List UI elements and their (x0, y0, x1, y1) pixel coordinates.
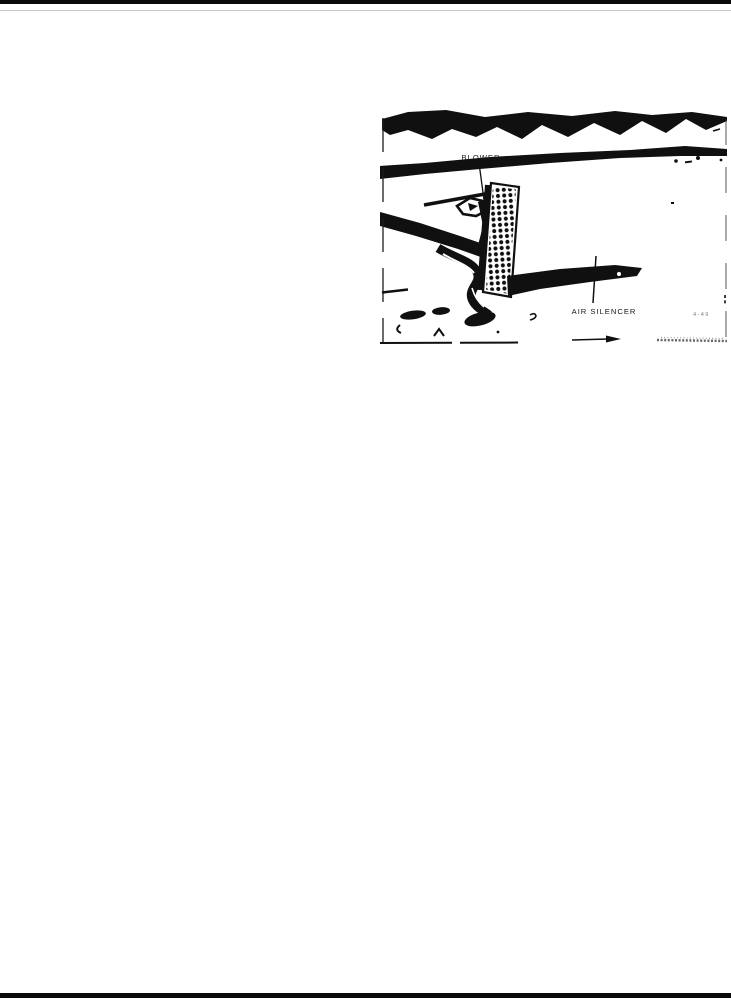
photo-bottom-speckle-strip (657, 338, 727, 342)
photo-left-band (380, 212, 492, 261)
footer-bar (0, 993, 731, 998)
manual-page: BLOWER AIR SILENCER (0, 0, 731, 1000)
figure-photo-blower-air-silencer: BLOWER AIR SILENCER (380, 106, 729, 345)
label-blower: BLOWER (462, 153, 501, 162)
header-rule (0, 10, 731, 11)
figure-number: 4-49 (693, 312, 710, 318)
photo-top-hatch-band (382, 110, 727, 139)
photo-lower-rail (507, 265, 642, 296)
photo-halftone-art: BLOWER AIR SILENCER (380, 106, 729, 345)
top-border-bar (0, 0, 731, 4)
photo-upper-rail (380, 146, 727, 179)
photo-arrow-mark (572, 336, 621, 343)
photo-rail-bolt-highlight (617, 272, 621, 276)
label-air-silencer: AIR SILENCER (572, 307, 637, 316)
